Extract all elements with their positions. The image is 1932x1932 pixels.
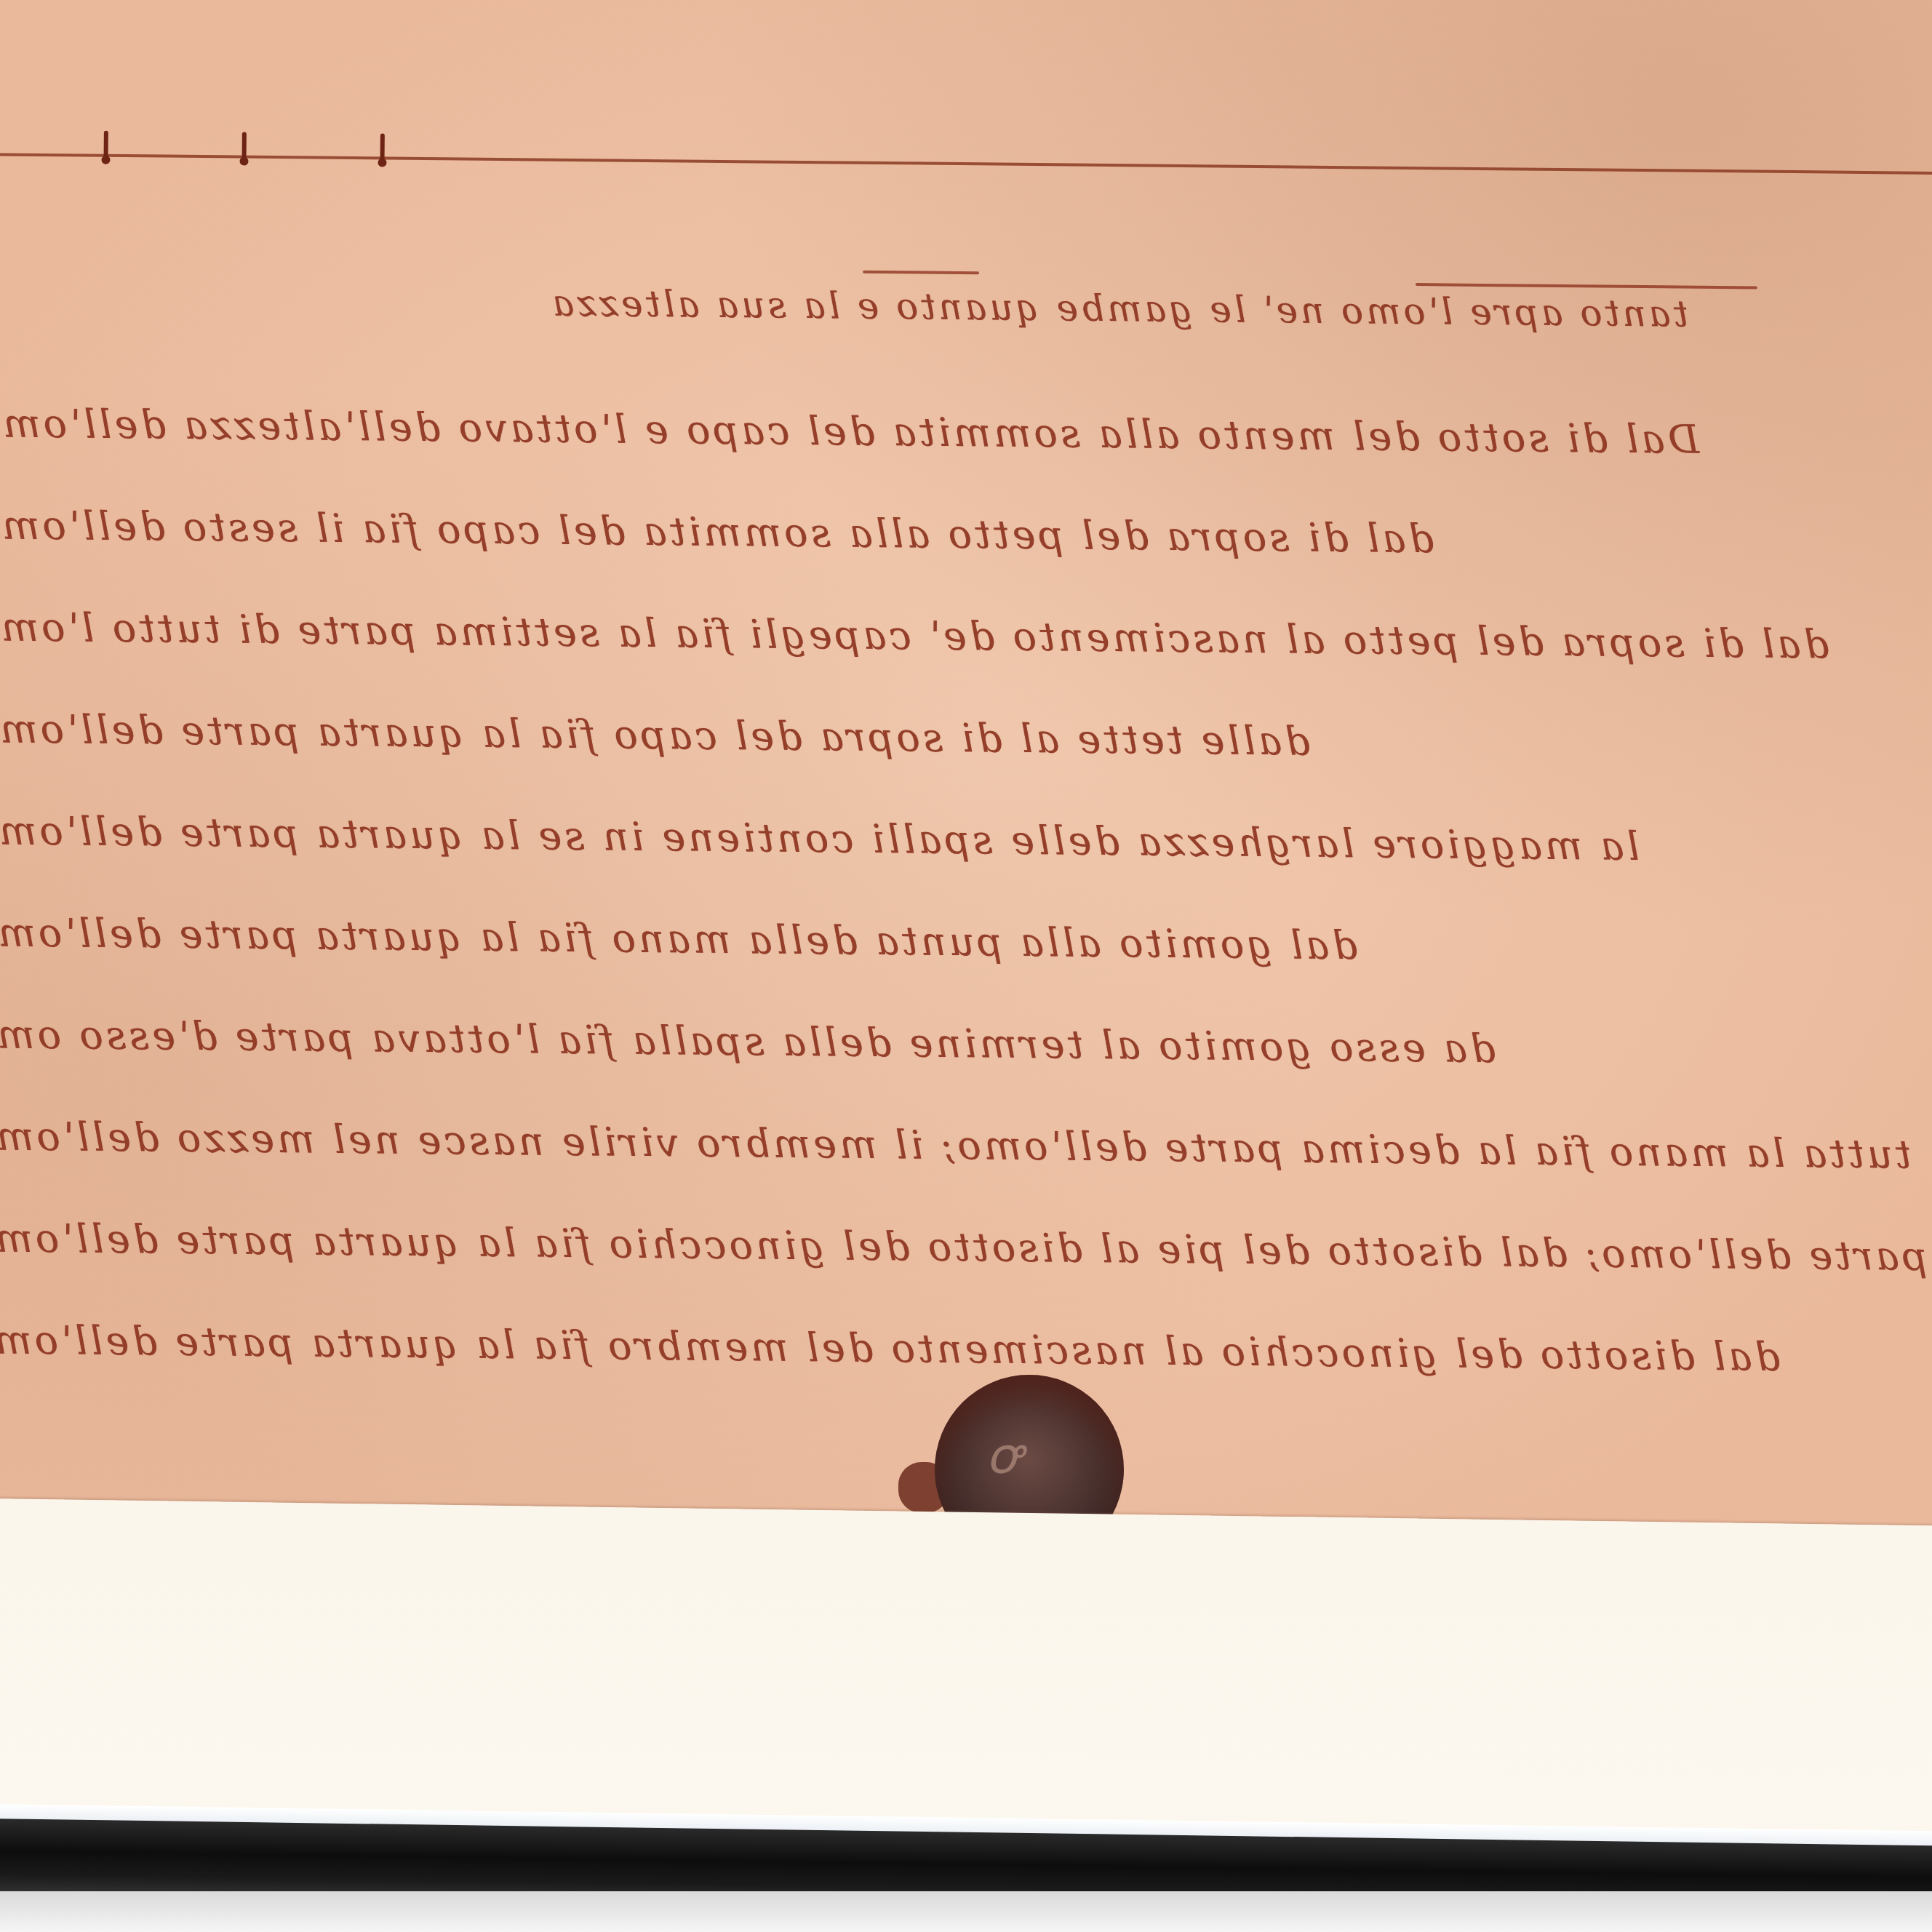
text-line: da esso gomito al termine della spalla f… bbox=[0, 1011, 1496, 1071]
flourish-stroke bbox=[1416, 283, 1757, 290]
seal-emblem-icon: ꝍ bbox=[986, 1418, 1020, 1488]
manuscript-sheet: tanto apre l'omo ne' le gambe quanto e l… bbox=[0, 0, 1932, 1568]
rule-tick-mark bbox=[242, 132, 247, 161]
text-line: dal disotto del ginocchio al nascimento … bbox=[0, 1317, 1780, 1380]
text-line: la maggiore larghezza delle spalli conti… bbox=[0, 807, 1640, 869]
rule-tick-mark bbox=[380, 133, 384, 162]
photograph: tanto apre l'omo ne' le gambe quanto e l… bbox=[0, 0, 1932, 1932]
text-line: il pie fia la settima parte dell'omo; da… bbox=[0, 1215, 1932, 1284]
text-line: tutta la mano fia la decima parte dell'o… bbox=[0, 1113, 1912, 1178]
measuring-rule-line bbox=[0, 153, 1932, 175]
flourish-stroke bbox=[863, 271, 979, 275]
text-line: dalle tette al di sopra del capo fia la … bbox=[0, 706, 1310, 765]
title-line: tanto apre l'omo ne' le gambe quanto e l… bbox=[549, 282, 1688, 335]
text-line: dal di sopra del petto alla sommita del … bbox=[0, 502, 1434, 562]
text-line: dal gomito alla punta della mano fia la … bbox=[0, 909, 1357, 968]
text-line: dal di sopra del petto al nascimento de'… bbox=[0, 604, 1829, 668]
rule-tick-mark bbox=[104, 131, 108, 160]
text-line: Dal di sotto del mento alla sommita del … bbox=[0, 400, 1699, 463]
background-wall bbox=[0, 1891, 1932, 1932]
